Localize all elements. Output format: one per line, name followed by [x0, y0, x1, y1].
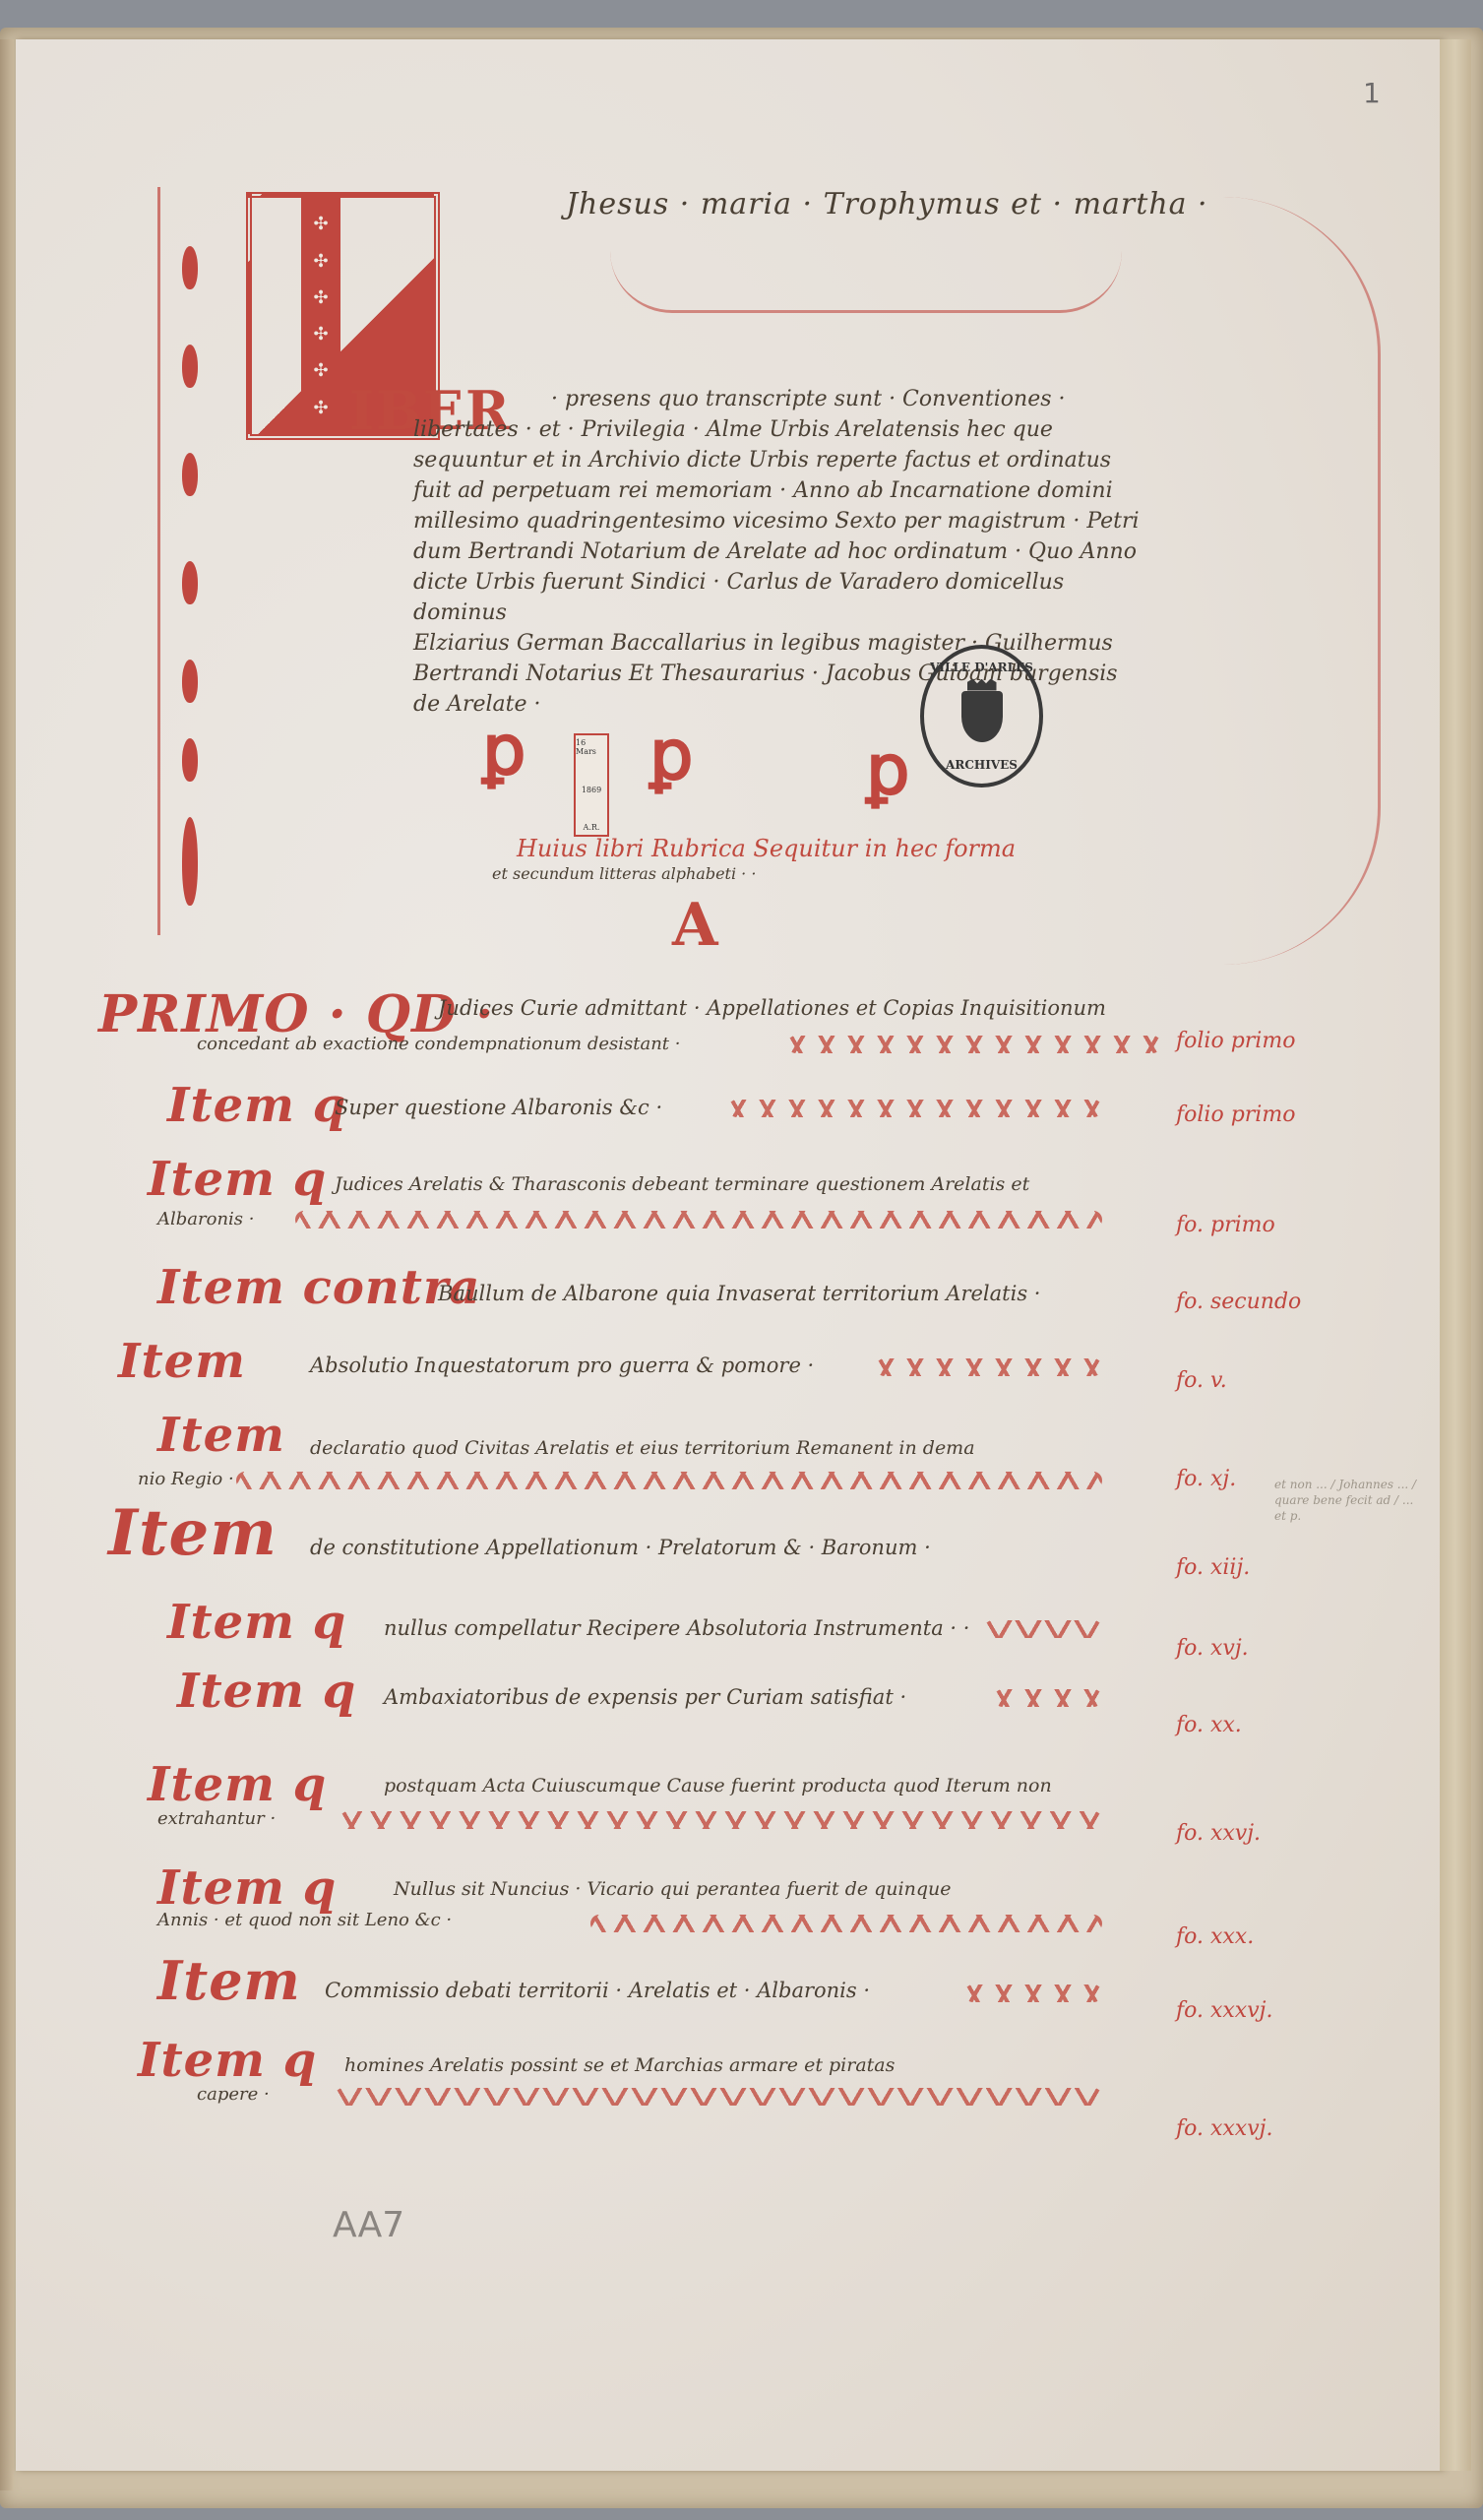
- intro-line: dicte Urbis fuerunt Sindici · Carlus de …: [413, 567, 1142, 628]
- entry-continuation: Annis · et quod non sit Leno &c ·: [157, 1910, 452, 1930]
- entry-lead: Item: [157, 1949, 301, 2012]
- entry-lead: Item q: [138, 2033, 317, 2088]
- entry-lead: Item contra: [157, 1260, 480, 1315]
- top-flourish-decoration: [610, 251, 1122, 313]
- folio-reference: fo. xxxvj.: [1176, 1998, 1272, 2023]
- line-filler-ornament: [787, 1036, 1161, 1053]
- invocation-line: Jhesus · maria · Trophymus et · martha ·: [566, 187, 1208, 221]
- intro-line: · presens quo transcripte sunt · Convent…: [413, 384, 1142, 414]
- archive-seal-stamp: VILLE D'ARLES ARCHIVES: [920, 645, 1043, 787]
- entry-text: Ambaxiatoribus de expensis per Curiam sa…: [384, 1685, 906, 1709]
- entry-continuation: capere ·: [197, 2084, 270, 2105]
- entry-lead: Item q: [177, 1664, 356, 1719]
- intro-line: millesimo quadringentesimo vicesimo Sext…: [413, 506, 1142, 536]
- folio-reference: fo. xj.: [1176, 1467, 1236, 1491]
- folio-reference: folio primo: [1176, 1102, 1295, 1127]
- entry-lead: Item q: [148, 1757, 327, 1812]
- entry-continuation: extrahantur ·: [157, 1808, 276, 1829]
- page-number: 1: [1363, 77, 1381, 109]
- stamp-year: 1869: [582, 786, 601, 794]
- rubric-subtitle: et secundum litteras alphabeti · ·: [492, 864, 756, 883]
- left-border-decoration: [157, 187, 219, 935]
- line-filler-ornament: [236, 1472, 1102, 1489]
- cadel-ornament-icon: ꝑ: [482, 709, 525, 790]
- folio-reference: fo. secundo: [1176, 1290, 1301, 1314]
- line-filler-ornament: [876, 1358, 1102, 1376]
- line-filler-ornament: [994, 1689, 1102, 1707]
- folio-reference: fo. primo: [1176, 1213, 1275, 1237]
- entry-text: de constitutione Appellationum · Prelato…: [310, 1536, 931, 1559]
- stamp-initials: A.R.: [584, 823, 600, 832]
- entry-lead: Item q: [167, 1078, 346, 1133]
- line-filler-ornament: [295, 1211, 1102, 1228]
- folio-reference: fo. xvj.: [1176, 1636, 1249, 1661]
- folio-reference: fo. xxx.: [1176, 1924, 1254, 1949]
- rubric-title: Huius libri Rubrica Sequitur in hec form…: [517, 835, 1016, 862]
- entry-text: postquam Acta Cuiuscumque Cause fuerint …: [384, 1775, 1052, 1796]
- line-filler-ornament: [590, 1915, 1102, 1932]
- cadel-ornament-icon: ꝑ: [649, 714, 693, 795]
- intro-line: dum Bertrandi Notarium de Arelate ad hoc…: [413, 536, 1142, 567]
- intro-line: Elziarius German Baccallarius in legibus…: [413, 628, 1142, 659]
- entry-continuation: concedant ab exactione condempnationum d…: [197, 1034, 680, 1054]
- intro-line: fuit ad perpetuam rei memoriam · Anno ab…: [413, 475, 1142, 506]
- entry-lead: Item q: [167, 1595, 346, 1650]
- line-filler-ornament: [964, 1984, 1102, 2002]
- folio-reference: fo. xxxvj.: [1176, 2116, 1272, 2141]
- intro-line: sequuntur et in Archivio dicte Urbis rep…: [413, 445, 1142, 475]
- shelfmark-pencil: AA7: [333, 2205, 404, 2245]
- entry-text: Judices Arelatis & Tharasconis debeant t…: [335, 1173, 1029, 1195]
- entry-text: declaratio quod Civitas Arelatis et eius…: [310, 1437, 975, 1459]
- entry-lead: Item q: [157, 1860, 337, 1916]
- entry-lead: Item q: [148, 1152, 327, 1207]
- entry-text: Nullus sit Nuncius · Vicario qui perante…: [394, 1878, 952, 1900]
- folio-reference: fo. xx.: [1176, 1713, 1242, 1737]
- seal-top-text: VILLE D'ARLES: [930, 661, 1033, 674]
- entry-continuation: nio Regio ·: [138, 1469, 234, 1489]
- folio-reference: fo. xxvj.: [1176, 1821, 1261, 1846]
- section-letter: A: [672, 891, 718, 960]
- entry-text: Baullum de Albarone quia Invaserat terri…: [438, 1282, 1040, 1305]
- entry-lead: Item: [108, 1496, 278, 1570]
- cadel-ornament-icon: ꝑ: [866, 728, 909, 810]
- entry-continuation: Albaronis ·: [157, 1209, 254, 1229]
- right-flourish-decoration: [1161, 197, 1381, 965]
- coat-of-arms-icon: [961, 691, 1003, 742]
- entry-lead: Item: [157, 1408, 285, 1463]
- line-filler-ornament: [335, 2088, 1102, 2106]
- stamp-date: 16 Mars: [576, 738, 607, 756]
- entry-text: nullus compellatur Recipere Absolutoria …: [384, 1616, 969, 1640]
- line-filler-ornament: [728, 1100, 1102, 1117]
- entry-text: Commissio debati territorii · Arelatis e…: [325, 1979, 870, 2002]
- line-filler-ornament: [984, 1620, 1102, 1638]
- entry-text: homines Arelatis possint se et Marchias …: [344, 2054, 895, 2076]
- line-filler-ornament: [340, 1811, 1102, 1829]
- entry-text: Judices Curie admittant · Appellationes …: [438, 996, 1106, 1020]
- spine-edge: [0, 39, 14, 2490]
- entry-lead: Item: [118, 1334, 246, 1389]
- initial-stem-ornament-icon: ✣✣✣✣✣✣: [301, 198, 340, 434]
- seal-bottom-text: ARCHIVES: [946, 758, 1018, 772]
- folio-reference: fo. v.: [1176, 1368, 1227, 1393]
- folio-reference: folio primo: [1176, 1029, 1295, 1053]
- entry-text: Absolutio Inquestatorum pro guerra & pom…: [310, 1354, 814, 1377]
- binding-turn-in: [1440, 39, 1471, 2471]
- folio-reference: fo. xiij.: [1176, 1555, 1250, 1580]
- marginal-annotation: et non ... / Johannes ... / quare bene f…: [1274, 1477, 1422, 1524]
- entry-text: Super questione Albaronis &c ·: [335, 1096, 662, 1119]
- intro-line: libertates · et · Privilegia · Alme Urbi…: [413, 414, 1142, 445]
- date-stamp: 16 Mars 1869 A.R.: [574, 733, 609, 837]
